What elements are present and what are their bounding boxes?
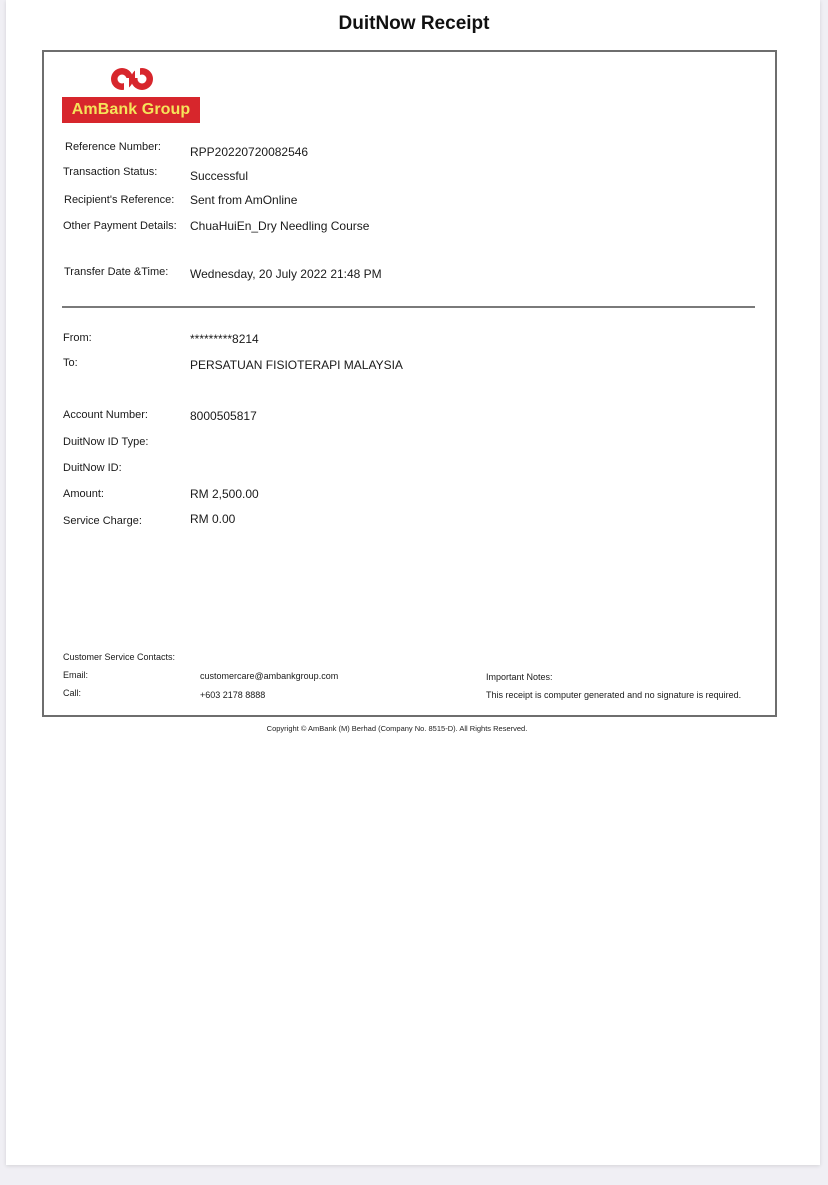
from-label: From: — [63, 332, 92, 344]
duitnow-id-type-label: DuitNow ID Type: — [63, 436, 148, 448]
account-number-value: 8000505817 — [190, 409, 257, 423]
other-payment-details-label: Other Payment Details: — [63, 220, 177, 232]
transfer-datetime-value: Wednesday, 20 July 2022 21:48 PM — [190, 267, 382, 281]
ambank-logo-text: AmBank Group — [62, 97, 200, 123]
transaction-status-value: Successful — [190, 169, 248, 183]
to-label: To: — [63, 357, 78, 369]
document-title: DuitNow Receipt — [0, 13, 828, 35]
email-label: Email: — [63, 670, 88, 680]
customer-service-heading: Customer Service Contacts: — [63, 652, 175, 662]
transfer-datetime-label: Transfer Date &Time: — [64, 266, 168, 278]
duitnow-id-label: DuitNow ID: — [63, 462, 122, 474]
important-notes-text: This receipt is computer generated and n… — [486, 690, 741, 700]
to-value: PERSATUAN FISIOTERAPI MALAYSIA — [190, 358, 403, 372]
section-divider — [62, 306, 755, 308]
recipient-reference-value: Sent from AmOnline — [190, 193, 297, 207]
recipient-reference-label: Recipient's Reference: — [64, 194, 174, 206]
reference-number-value: RPP20220720082546 — [190, 145, 308, 159]
service-charge-label: Service Charge: — [63, 515, 142, 527]
call-label: Call: — [63, 688, 81, 698]
account-number-label: Account Number: — [63, 409, 148, 421]
transaction-status-label: Transaction Status: — [63, 166, 157, 178]
service-charge-value: RM 0.00 — [190, 512, 235, 526]
other-payment-details-value: ChuaHuiEn_Dry Needling Course — [190, 219, 369, 233]
amount-value: RM 2,500.00 — [190, 487, 259, 501]
email-value[interactable]: customercare@ambankgroup.com — [200, 671, 338, 681]
important-notes-heading: Important Notes: — [486, 672, 553, 682]
from-value: *********8214 — [190, 332, 259, 346]
reference-number-label: Reference Number: — [65, 141, 161, 153]
amount-label: Amount: — [63, 488, 104, 500]
ambank-logo-icon — [110, 66, 154, 92]
copyright-notice: Copyright © AmBank (M) Berhad (Company N… — [0, 724, 794, 733]
ambank-logo: AmBank Group — [62, 66, 200, 123]
call-value[interactable]: +603 2178 8888 — [200, 690, 265, 700]
